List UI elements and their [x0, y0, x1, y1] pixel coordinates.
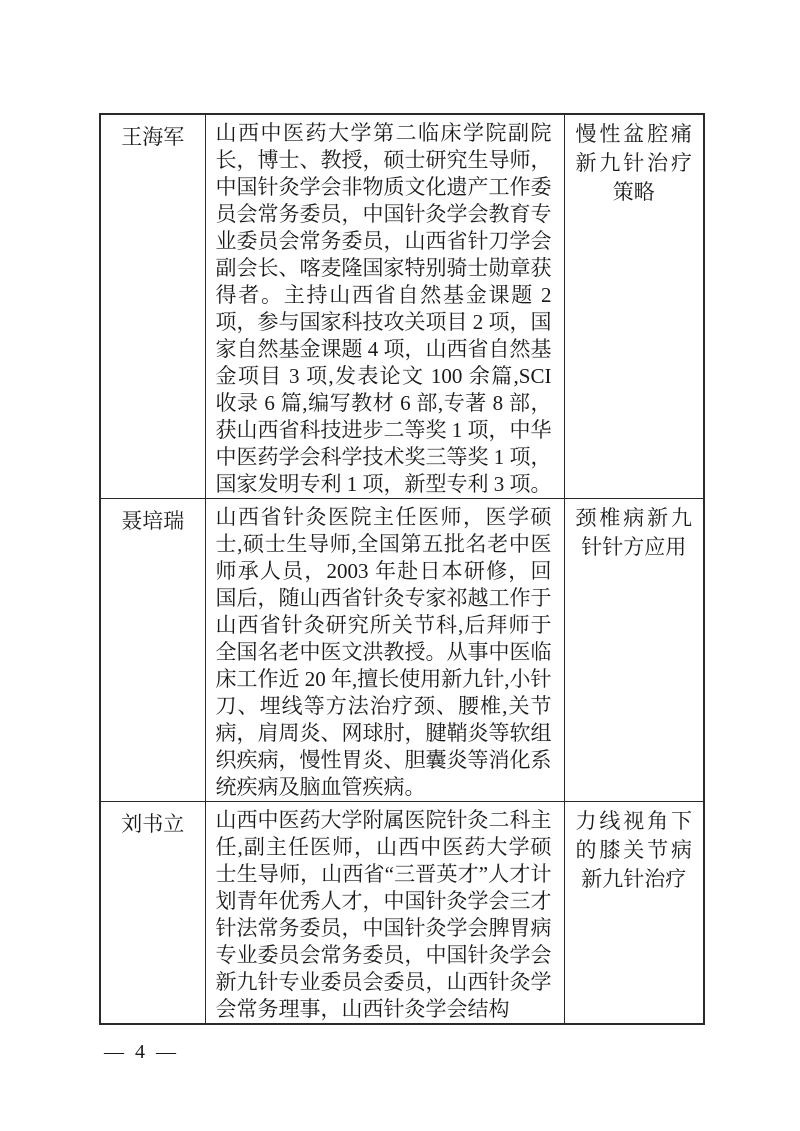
lecture-topic: 慢性盆腔痛新九针治疗策略	[564, 114, 704, 499]
speaker-row-liu-shuli: 刘书立 山西中医药大学附属医院针灸二科主任,副主任医师，山西中医药大学硕士生导师…	[100, 802, 704, 1025]
page-number: — 4 —	[104, 1041, 179, 1064]
speaker-bio: 山西省针灸医院主任医师，医学硕士,硕士生导师,全国第五批名老中医师承人员，200…	[205, 499, 564, 802]
speaker-name: 刘书立	[100, 802, 205, 1025]
lecture-topic: 颈椎病新九针针方应用	[564, 499, 704, 802]
lecture-topic: 力线视角下的膝关节病新九针治疗	[564, 802, 704, 1025]
speaker-row-nie-peirui: 聂培瑞 山西省针灸医院主任医师，医学硕士,硕士生导师,全国第五批名老中医师承人员…	[100, 499, 704, 802]
speaker-name: 王海军	[100, 114, 205, 499]
document-page: 王海军 山西中医药大学第二临床学院副院长，博士、教授，硕士研究生导师，中国针灸学…	[0, 0, 800, 1131]
speaker-name: 聂培瑞	[100, 499, 205, 802]
speaker-bio: 山西中医药大学第二临床学院副院长，博士、教授，硕士研究生导师，中国针灸学会非物质…	[205, 114, 564, 499]
speaker-row-wang-haijun: 王海军 山西中医药大学第二临床学院副院长，博士、教授，硕士研究生导师，中国针灸学…	[100, 114, 704, 499]
speaker-bio: 山西中医药大学附属医院针灸二科主任,副主任医师，山西中医药大学硕士生导师，山西省…	[205, 802, 564, 1025]
speaker-table: 王海军 山西中医药大学第二临床学院副院长，博士、教授，硕士研究生导师，中国针灸学…	[99, 113, 705, 1025]
